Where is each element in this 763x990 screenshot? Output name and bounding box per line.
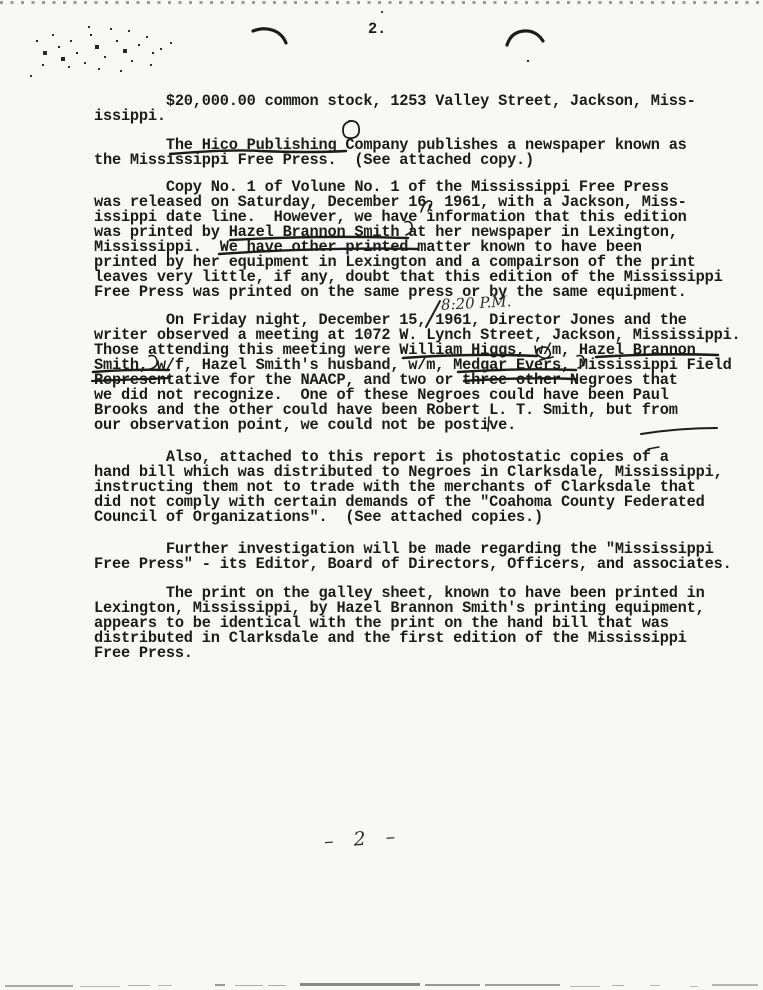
scan-artifact-line [485,984,560,986]
paragraph-copy-no-1: Copy No. 1 of Volune No. 1 of the Missis… [94,180,723,300]
pen-mark-arc-left [253,29,286,43]
paragraph-galley-sheet: The print on the galley sheet, known to … [94,586,705,661]
paragraph-hico: The Hico Publishing Company publishes a … [94,138,687,168]
typed-page-number: 2. [368,20,386,38]
handwritten-time-note: 8:20 P.M. [441,292,512,314]
scanned-document-page: 2. $20,000.00 common stock, 1253 Valley … [0,0,763,990]
paragraph-further: Further investigation will be made regar… [94,542,732,572]
scan-artifact-line [268,985,286,986]
scan-artifact-line [570,986,600,987]
scan-artifact-line [300,983,420,986]
paragraph-stock: $20,000.00 common stock, 1253 Valley Str… [94,94,696,124]
scan-artifact-line [128,985,150,986]
scan-artifact-line [235,985,263,986]
handwritten-page-number: – 2 – [323,825,403,852]
pen-mark-arc-right [507,31,543,45]
scan-artifact-line [215,984,225,986]
paragraph-handbill: Also, attached to this report is photost… [94,450,723,525]
scan-edge-dots [0,1,763,4]
scan-artifact-line [650,985,660,986]
scan-artifact-line [158,985,172,986]
scan-artifact-line [80,986,120,987]
scan-artifact-line [425,984,480,986]
scan-artifact-line [712,984,758,986]
scan-artifact-line [690,986,698,987]
paragraph-meeting: On Friday night, December 15, 1961, Dire… [94,313,741,433]
ink-speckles [0,0,2,2]
scan-artifact-line [5,985,73,987]
scan-artifact-line [612,985,624,986]
